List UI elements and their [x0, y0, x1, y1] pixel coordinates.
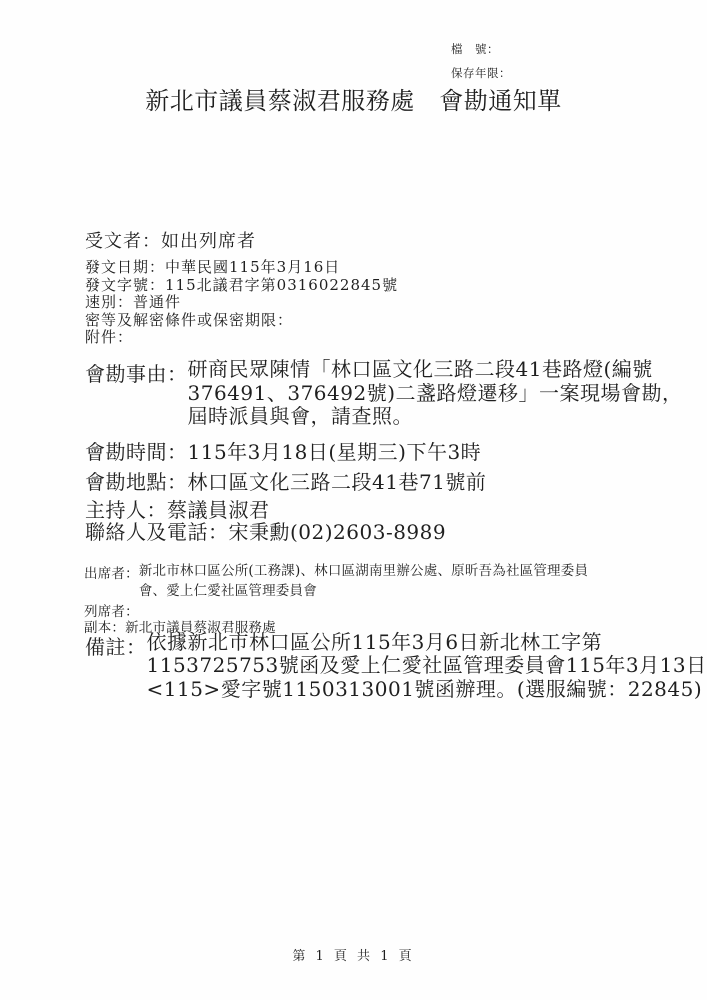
survey-reason-label: 會勘事由：	[85, 358, 188, 387]
file-number-label: 檔 號：	[451, 37, 511, 61]
contact-field: 聯絡人及電話： 宋秉勳(02)2603-8989	[85, 516, 446, 545]
remarks-line: 1153725753號函及愛上仁愛社區管理委員會115年3月13日	[147, 654, 707, 677]
contact-value: 宋秉勳(02)2603-8989	[229, 516, 447, 545]
issue-date-label: 發文日期：	[85, 258, 165, 276]
security-row: 密等及解密條件或保密期限：	[85, 312, 398, 330]
file-meta-block: 檔 號： 保存年限：	[451, 37, 511, 85]
survey-reason-line: 376491、376492號)二盞路燈遷移」一案現場會勘，	[188, 382, 683, 406]
attendees-line: 會、愛上仁愛社區管理委員會	[139, 582, 588, 602]
attachment-label: 附件：	[85, 328, 133, 346]
attendees-label: 出席者：	[84, 562, 139, 582]
priority-value: 普通件	[133, 293, 181, 311]
attendees-text: 新北市林口區公所(工務課)、林口區湖南里辦公處、原昕吾為社區管理委員 會、愛上仁…	[139, 562, 588, 601]
remarks-line: 依據新北市林口區公所115年3月6日新北林工字第	[147, 631, 707, 654]
document-info-block: 發文日期：中華民國115年3月16日 發文字號：115北議君字第03160228…	[85, 259, 398, 347]
survey-reason-line: 研商民眾陳情「林口區文化三路二段41巷路燈(編號	[188, 358, 683, 382]
document-title: 新北市議員蔡淑君服務處 會勘通知單	[0, 81, 707, 116]
survey-place-field: 會勘地點： 林口區文化三路二段41巷71號前	[85, 466, 486, 495]
priority-row: 速別：普通件	[85, 294, 398, 312]
attachment-row: 附件：	[85, 329, 398, 347]
survey-place-label: 會勘地點：	[85, 466, 188, 495]
remarks-text: 依據新北市林口區公所115年3月6日新北林工字第 1153725753號函及愛上…	[147, 631, 707, 701]
remarks-line: <115>愛字號1150313001號函辦理。(選服編號：22845)	[147, 678, 707, 701]
survey-reason-line: 屆時派員與會，請查照。	[188, 405, 683, 429]
attendees-line: 新北市林口區公所(工務課)、林口區湖南里辦公處、原昕吾為社區管理委員	[139, 562, 588, 582]
doc-number-value: 115北議君字第0316022845號	[165, 276, 398, 294]
recipient-line: 受文者：如出列席者	[85, 227, 256, 253]
survey-time-label: 會勘時間：	[85, 436, 188, 465]
recipient-label: 受文者：	[85, 231, 161, 252]
issue-date-row: 發文日期：中華民國115年3月16日	[85, 259, 398, 277]
document-page: 檔 號： 保存年限： 新北市議員蔡淑君服務處 會勘通知單 受文者：如出列席者 發…	[0, 0, 707, 1000]
survey-reason-text: 研商民眾陳情「林口區文化三路二段41巷路燈(編號 376491、376492號)…	[188, 358, 683, 429]
survey-time-field: 會勘時間： 115年3月18日(星期三)下午3時	[85, 436, 481, 465]
attendees-field: 出席者： 新北市林口區公所(工務課)、林口區湖南里辦公處、原昕吾為社區管理委員 …	[84, 562, 588, 601]
page-number-footer: 第 1 頁 共 1 頁	[0, 945, 707, 964]
doc-number-label: 發文字號：	[85, 276, 165, 294]
issue-date-value: 中華民國115年3月16日	[165, 258, 340, 276]
survey-time-value: 115年3月18日(星期三)下午3時	[188, 436, 482, 465]
remarks-label: 備註：	[85, 631, 147, 660]
remarks-field: 備註： 依據新北市林口區公所115年3月6日新北林工字第 1153725753號…	[85, 631, 707, 701]
security-label: 密等及解密條件或保密期限：	[85, 311, 293, 329]
doc-number-row: 發文字號：115北議君字第0316022845號	[85, 277, 398, 295]
survey-place-value: 林口區文化三路二段41巷71號前	[188, 466, 487, 495]
recipient-value: 如出列席者	[161, 231, 256, 252]
priority-label: 速別：	[85, 293, 133, 311]
contact-label: 聯絡人及電話：	[85, 516, 229, 545]
survey-reason-field: 會勘事由： 研商民眾陳情「林口區文化三路二段41巷路燈(編號 376491、37…	[85, 358, 683, 429]
